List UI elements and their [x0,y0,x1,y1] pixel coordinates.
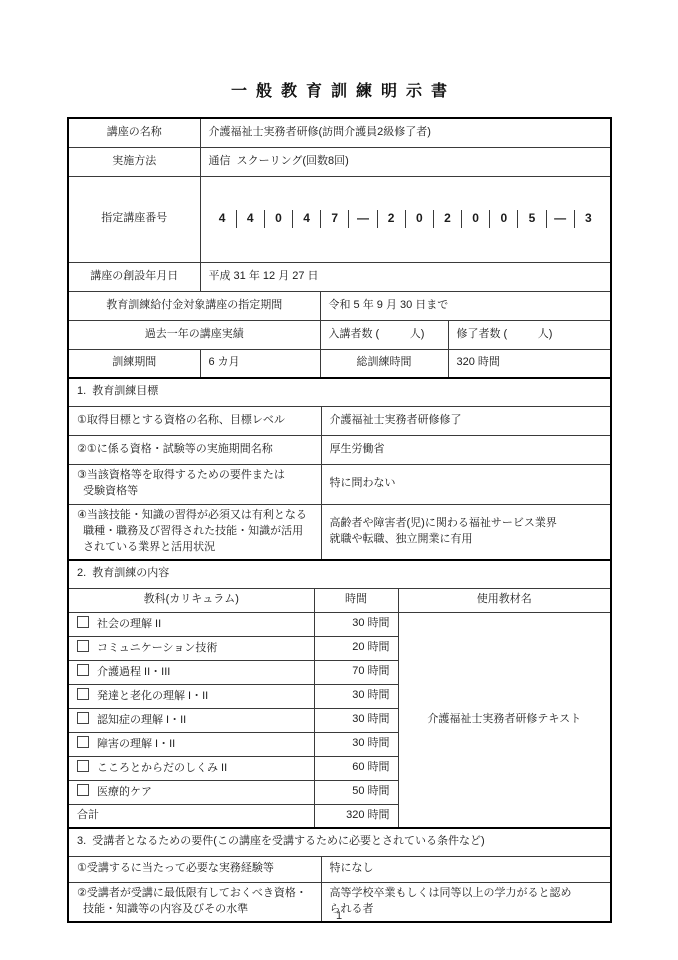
table-row: 実施方法 通信 スクーリング(回数8回) [68,147,611,176]
subject-cell: コミュニケーション技術 [68,636,314,660]
past-year-label: 過去一年の講座実績 [68,320,320,349]
subject-label: 発達と老化の理解 I・II [97,690,208,702]
row-label: ③当該資格等を取得するための要件または 受験資格等 [68,464,321,504]
hours-cell: 20 時間 [314,636,398,660]
curriculum-row: 社会の理解 II 30 時間 介護福祉士実務者研修テキスト [68,612,611,636]
row-value: 特になし [321,856,611,882]
column-header-hours: 時間 [314,588,398,612]
subject-cell: 介護過程 II・III [68,660,314,684]
document-tables: 講座の名称 介護福祉士実務者研修(訪問介護員2級修了者) 実施方法 通信 スクー… [67,117,610,923]
table-row: 講座の名称 介護福祉士実務者研修(訪問介護員2級修了者) [68,118,611,147]
row-value: 高齢者や障害者(児)に関わる福祉サービス業界 就職や転職、独立開業に有用 [321,504,611,560]
row-label: ①受講するに当たって必要な実務経験等 [68,856,321,882]
training-period-value: 6 カ月 [200,349,320,378]
document-title: 一般教育訓練明示書 [0,78,678,101]
checkbox-icon [77,736,89,748]
hours-cell: 50 時間 [314,780,398,804]
course-number-digit: — [546,210,574,227]
hours-cell: 60 時間 [314,756,398,780]
subject-cell: 障害の理解 I・II [68,732,314,756]
subject-label: コミュニケーション技術 [97,642,217,654]
table-row: ①受講するに当たって必要な実務経験等 特になし [68,856,611,882]
subject-label: 認知症の理解 I・II [97,714,186,726]
course-number-digit: 5 [517,210,545,227]
designation-period-value: 令和 5 年 9 月 30 日まで [320,291,611,320]
table-row: 過去一年の講座実績 入講者数 ( 人) 修了者数 ( 人) [68,320,611,349]
method-label: 実施方法 [68,147,200,176]
section-heading-row: 2. 教育訓練の内容 [68,560,611,588]
column-header-subject: 教科(カリキュラム) [68,588,314,612]
subject-label: 介護過程 II・III [97,666,170,678]
course-number-digit: 4 [292,210,320,227]
subject-cell: 認知症の理解 I・II [68,708,314,732]
checkbox-icon [77,664,89,676]
table-row: ④当該技能・知識の習得が必須又は有利となる 職種・職務及び習得された技能・知識が… [68,504,611,560]
established-date-value: 平成 31 年 12 月 27 日 [200,262,611,291]
section-heading-row: 3. 受講者となるための要件(この講座を受講するために必要とされている条件など) [68,828,611,856]
section-heading-row: 1. 教育訓練目標 [68,378,611,406]
checkbox-icon [77,760,89,772]
course-number-digit: 0 [264,210,292,227]
hours-cell: 30 時間 [314,612,398,636]
total-hours-cell: 320 時間 [314,804,398,828]
designation-period-label: 教育訓練給付金対象講座の指定期間 [68,291,320,320]
table-row: 訓練期間 6 カ月 総訓練時間 320 時間 [68,349,611,378]
course-number-digit: 4 [209,210,236,227]
checkbox-icon [77,784,89,796]
subject-cell: 医療的ケア [68,780,314,804]
table-row: 教育訓練給付金対象講座の指定期間 令和 5 年 9 月 30 日まで [68,291,611,320]
table-row: ③当該資格等を取得するための要件または 受験資格等 特に問わない [68,464,611,504]
subject-cell: こころとからだのしくみ II [68,756,314,780]
course-name-value: 介護福祉士実務者研修(訪問介護員2級修了者) [200,118,611,147]
table-row: ①取得目標とする資格の名称、目標レベル 介護福祉士実務者研修修了 [68,406,611,435]
total-label: 合計 [68,804,314,828]
subject-label: 医療的ケア [97,786,152,798]
section3-table: 3. 受講者となるための要件(この講座を受講するために必要とされている条件など)… [67,827,612,923]
course-number-digit: 0 [461,210,489,227]
document-page: 一般教育訓練明示書 講座の名称 介護福祉士実務者研修(訪問介護員2級修了者) 実… [0,0,678,960]
subject-cell: 社会の理解 II [68,612,314,636]
course-name-label: 講座の名称 [68,118,200,147]
course-number-digit: 2 [377,210,405,227]
checkbox-icon [77,616,89,628]
table-row: 講座の創設年月日 平成 31 年 12 月 27 日 [68,262,611,291]
course-number-digit: 0 [489,210,517,227]
checkbox-icon [77,640,89,652]
row-value: 特に問わない [321,464,611,504]
checkbox-icon [77,712,89,724]
course-number-digit: 0 [405,210,433,227]
hours-cell: 70 時間 [314,660,398,684]
course-number-digit-row: 4 4 0 4 7 — 2 0 2 0 0 5 — 3 [209,210,603,227]
table-row: ②①に係る資格・試験等の実施期間名称 厚生労働省 [68,435,611,464]
subject-cell: 発達と老化の理解 I・II [68,684,314,708]
row-label: ②①に係る資格・試験等の実施期間名称 [68,435,321,464]
course-number-value: 4 4 0 4 7 — 2 0 2 0 0 5 — 3 [200,176,611,262]
section3-heading: 3. 受講者となるための要件(この講座を受講するために必要とされている条件など) [68,828,611,856]
checkbox-icon [77,688,89,700]
course-number-digit: 7 [320,210,348,227]
section1-table: 1. 教育訓練目標 ①取得目標とする資格の名称、目標レベル 介護福祉士実務者研修… [67,377,612,561]
subject-label: 障害の理解 I・II [97,738,175,750]
page-number: 1 [0,910,678,922]
hours-cell: 30 時間 [314,684,398,708]
table-row: 指定講座番号 4 4 0 4 7 — 2 0 2 0 0 5 [68,176,611,262]
basic-info-table: 講座の名称 介護福祉士実務者研修(訪問介護員2級修了者) 実施方法 通信 スクー… [67,117,612,379]
row-label: ④当該技能・知識の習得が必須又は有利となる 職種・職務及び習得された技能・知識が… [68,504,321,560]
column-header-material: 使用教材名 [398,588,611,612]
hours-cell: 30 時間 [314,732,398,756]
course-number-label: 指定講座番号 [68,176,200,262]
material-name: 介護福祉士実務者研修テキスト [398,612,611,828]
established-date-label: 講座の創設年月日 [68,262,200,291]
row-value: 厚生労働省 [321,435,611,464]
section1-heading: 1. 教育訓練目標 [68,378,611,406]
row-label: ①取得目標とする資格の名称、目標レベル [68,406,321,435]
row-value: 介護福祉士実務者研修修了 [321,406,611,435]
method-value: 通信 スクーリング(回数8回) [200,147,611,176]
subject-label: こころとからだのしくみ II [97,762,227,774]
course-number-digit: 4 [236,210,264,227]
column-header-row: 教科(カリキュラム) 時間 使用教材名 [68,588,611,612]
subject-label: 社会の理解 II [97,618,161,630]
course-number-digit: 2 [433,210,461,227]
training-period-label: 訓練期間 [68,349,200,378]
hours-cell: 30 時間 [314,708,398,732]
course-number-digit: — [348,210,376,227]
section2-table: 2. 教育訓練の内容 教科(カリキュラム) 時間 使用教材名 社会の理解 II … [67,559,612,829]
section2-heading: 2. 教育訓練の内容 [68,560,611,588]
course-number-digit: 3 [574,210,602,227]
completers-count: 修了者数 ( 人) [448,320,611,349]
entrants-count: 入講者数 ( 人) [320,320,448,349]
total-training-hours-value: 320 時間 [448,349,611,378]
total-training-hours-label: 総訓練時間 [320,349,448,378]
